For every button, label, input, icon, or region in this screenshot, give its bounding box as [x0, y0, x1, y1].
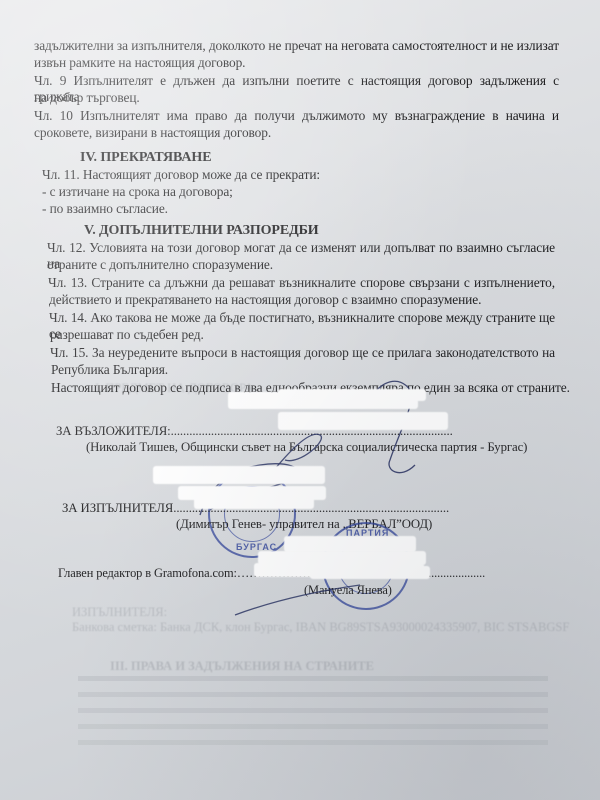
show-through-line — [78, 676, 548, 681]
paragraph-line: на добър търговец. — [34, 90, 140, 106]
paragraph-line: извън рамките на настоящия договор. — [34, 55, 245, 71]
show-through-line — [78, 692, 548, 697]
show-through-section: III. ПРАВА И ЗАДЪЛЖЕНИЯ НА СТРАНИТЕ — [110, 659, 374, 674]
article-15: Чл. 15. За неуредените въпроси в настоящ… — [50, 345, 555, 361]
redaction-bar — [278, 412, 448, 430]
show-through-bank: Банкова сметка: Банка ДСК, клон Бургас, … — [72, 620, 569, 635]
article-11: Чл. 11. Настоящият договор може да се пр… — [42, 167, 320, 183]
redaction-bar — [194, 497, 314, 509]
scanned-contract-page: I. ПРЕДМЕТ НА ДОГОВОРА ИЗПЪЛНИТЕЛЯ: Банк… — [0, 0, 600, 800]
redaction-bar — [310, 566, 430, 579]
editor-signature-icon — [230, 580, 390, 620]
show-through-label: ИЗПЪЛНИТЕЛЯ: — [72, 605, 167, 620]
paragraph-line: разрешават по съдебен ред. — [50, 327, 204, 343]
show-through-line — [78, 708, 548, 713]
paragraph-line: Република България. — [51, 362, 168, 378]
paragraph-line: сроковете, визирани в настоящия договор. — [34, 125, 271, 141]
redaction-bar — [153, 466, 325, 484]
article-13: Чл. 13. Страните са длъжни да решават въ… — [48, 275, 555, 291]
paragraph-line: страните с допълнително споразумение. — [47, 257, 273, 273]
list-item: - с изтичане на срока на договора; — [42, 184, 233, 200]
redaction-bar — [284, 536, 416, 552]
section-v-heading: V. ДОПЪЛНИТЕЛНИ РАЗПОРЕДБИ — [84, 223, 319, 239]
redaction-bar — [278, 389, 426, 401]
show-through-line — [78, 724, 548, 729]
section-iv-heading: IV. ПРЕКРАТЯВАНЕ — [80, 150, 211, 166]
list-item: - по взаимно съгласие. — [42, 201, 168, 217]
article-10: Чл. 10 Изпълнителят има право да получи … — [34, 108, 559, 124]
show-through-line — [78, 740, 548, 745]
paragraph-line: задължителни за изпълнителя, доколкото н… — [34, 38, 559, 54]
paragraph-line: действието и прекратяването на настоящия… — [49, 292, 481, 308]
